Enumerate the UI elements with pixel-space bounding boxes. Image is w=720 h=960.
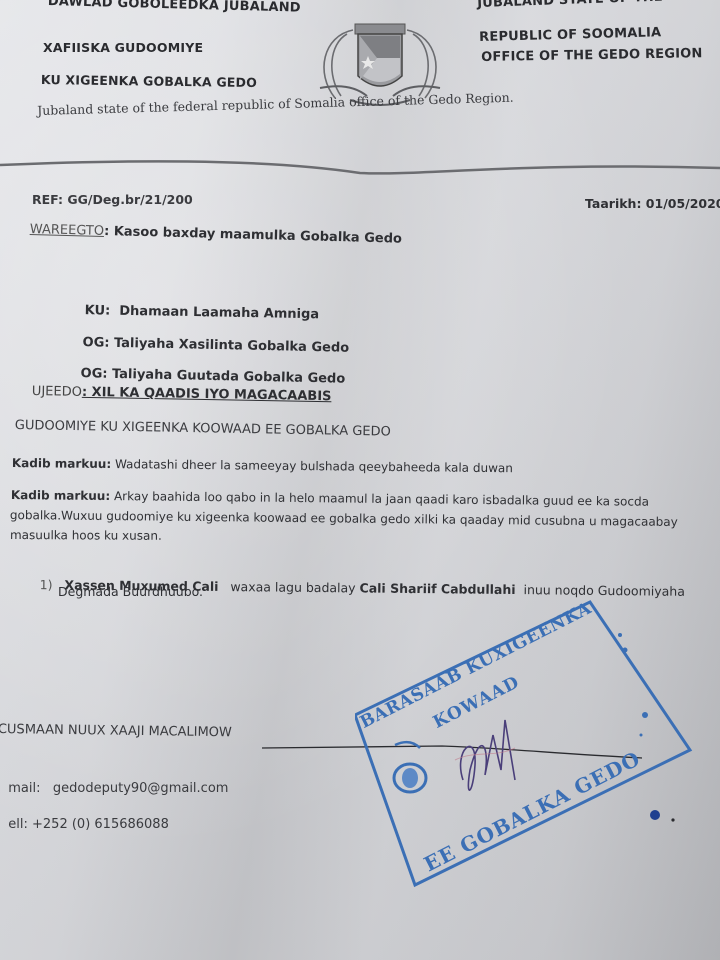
official-stamp: BARASAAB KUXIGEENKA KOWAAD EE GOBALKA GE… xyxy=(355,600,695,900)
email-address: gedodeputy90@gmail.com xyxy=(53,781,229,796)
purpose-text: : XIL KA QAADIS IYO MAGACAABIS xyxy=(82,385,332,404)
item-number: 1) xyxy=(40,577,53,592)
purpose-subline: GUDOOMIYE KU XIGEENKA KOOWAAD EE GOBALKA… xyxy=(15,418,391,440)
letterhead-office-line2: KU XIGEENKA GOBALKA GEDO xyxy=(41,72,257,90)
recipient-label: OG: xyxy=(82,335,109,351)
letterhead-right-line3: OFFICE OF THE GEDO REGION xyxy=(481,46,703,65)
phone-number: +252 (0) 615686088 xyxy=(32,817,169,832)
circular-text: : Kasoo baxday maamulka Gobalka Gedo xyxy=(104,224,402,247)
header-divider xyxy=(0,150,720,180)
recipient-line: OG: Taliyaha Xasilinta Gobalka Gedo xyxy=(73,320,349,356)
purpose-line: UJEEDO: XIL KA QAADIS IYO MAGACAABIS xyxy=(32,384,332,404)
email-label: mail: xyxy=(8,781,40,796)
letterhead-right-line2: REPUBLIC OF SOOMALIA xyxy=(479,25,662,45)
stamp-emblem-icon xyxy=(394,764,426,792)
phone-label: ell: xyxy=(8,817,28,832)
recipient-line: OG: Taliyaha Guutada Gobalka Gedo xyxy=(71,351,345,387)
letterhead-state-name: DAWLAD GOBOLEEDKA JUBALAND xyxy=(48,0,301,16)
paragraph-1: Kadib markuu: Wadatashi dheer la sameeya… xyxy=(12,456,513,475)
appointed-person-name: Cali Shariif Cabdullahi xyxy=(360,580,516,597)
letterhead-right-line1: JUBALAND STATE OF THE FEDERAL xyxy=(477,0,720,11)
circular-label: WAREEGTO xyxy=(30,222,105,239)
purpose-label: UJEEDO xyxy=(32,384,82,400)
paragraph-2-line3: masuulka hoos ku xusan. xyxy=(10,528,162,543)
paragraph-label: Kadib markuu: xyxy=(11,488,110,503)
signatory-name: CUSMAAN NUUX XAAJI MACALIMOW xyxy=(0,722,232,740)
letterhead-office-line1: XAFIISKA GUDOOMIYE xyxy=(43,40,203,55)
recipient-line: KU: Dhamaan Laamaha Amniga xyxy=(75,288,319,322)
circular-from: WAREEGTO: Kasoo baxday maamulka Gobalka … xyxy=(30,222,402,247)
paragraph-text: Arkay baahida loo qabo in la helo maamul… xyxy=(110,489,649,509)
document-date: Taarikh: 01/05/2020 xyxy=(585,196,720,211)
recipient-label: OG: xyxy=(80,366,107,382)
recipient-text: Dhamaan Laamaha Amniga xyxy=(110,304,319,323)
paragraph-text: Wadatashi dheer la sameeyay bulshada qee… xyxy=(111,457,513,475)
signatory-email: mail: gedodeputy90@gmail.com xyxy=(0,766,228,796)
paragraph-label: Kadib markuu: xyxy=(12,456,111,471)
recipient-label: KU: xyxy=(85,303,111,318)
paragraph-2-line2: gobalka.Wuxuu gudoomiye ku xigeenka koow… xyxy=(10,508,678,529)
item-text: inuu noqdo Gudoomiyaha xyxy=(515,582,685,599)
signatory-phone: ell: +252 (0) 615686088 xyxy=(0,802,169,832)
item-text: waxaa lagu badalay xyxy=(218,579,359,595)
recipient-text: Taliyaha Guutada Gobalka Gedo xyxy=(107,367,345,387)
reference-number: REF: GG/Deg.br/21/200 xyxy=(32,192,193,207)
paragraph-2: Kadib markuu: Arkay baahida loo qabo in … xyxy=(11,488,649,509)
appointment-item-line2: Degmada Buurdhuubo. xyxy=(58,584,203,599)
